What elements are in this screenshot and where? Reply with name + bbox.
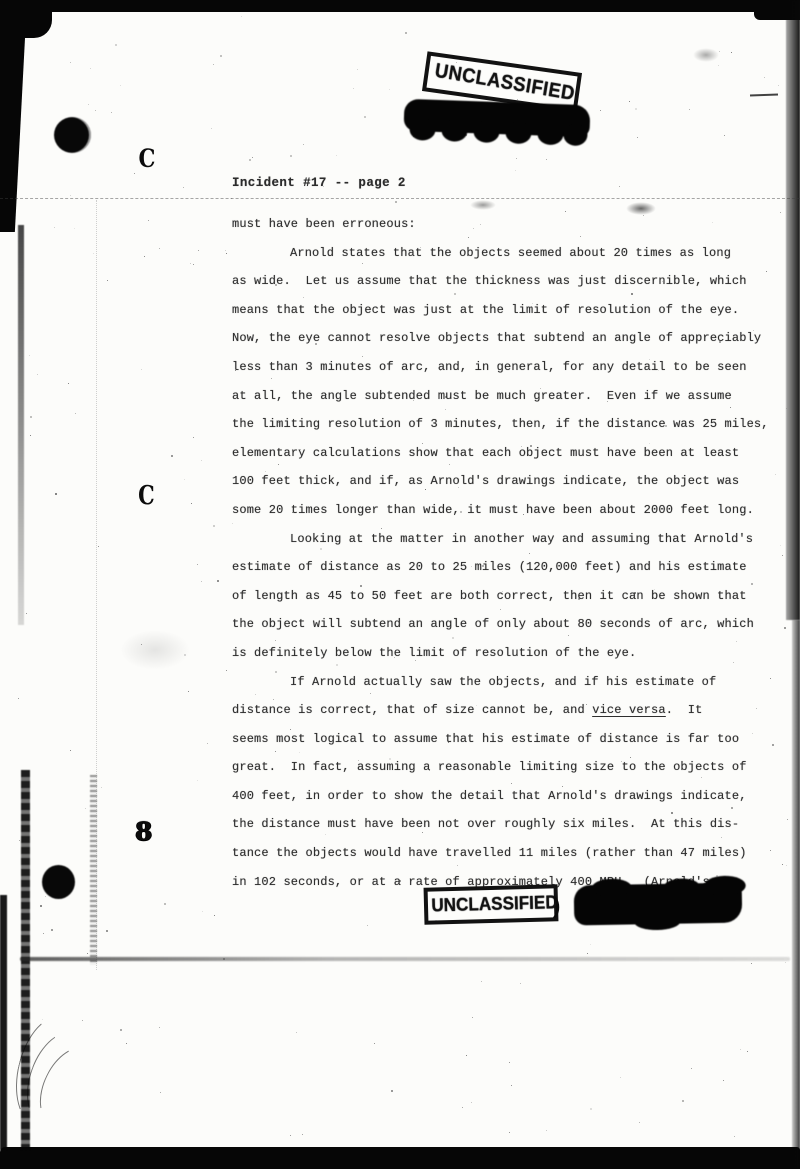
text-line: some 20 times longer than wide, it must … [232,503,777,532]
redaction-edge [441,119,468,142]
redaction-edge [563,123,588,146]
redaction-mark-top [403,99,590,137]
typed-text: must have been erroneous:Arnold states t… [232,217,777,903]
handwritten-c-mark-middle: C [138,481,155,511]
redaction-edge [634,914,680,931]
scan-streak-right-lower [792,620,800,1169]
text-line: must have been erroneous: [232,217,777,246]
hole-punch-bottom [42,865,75,899]
text-line: elementary calculations show that each o… [232,446,777,475]
stray-pen-dash [750,94,778,97]
text-line: as wide. Let us assume that the thicknes… [232,274,777,303]
faint-horizontal-rule [0,198,800,199]
text-line: Arnold states that the objects seemed ab… [232,246,777,275]
text-line: is definitely below the limit of resolut… [232,646,777,675]
paper-fold-line [96,200,97,970]
text-line: 400 feet, in order to show the detail th… [232,789,777,818]
text-line: If Arnold actually saw the objects, and … [232,675,777,704]
ink-smudge [470,200,496,210]
redaction-edge [409,118,436,141]
scan-edge-top [0,0,800,12]
ink-smudge [693,48,719,62]
text-line: of length as 45 to 50 feet are both corr… [232,589,777,618]
unclassified-stamp-bottom: UNCLASSIFIED [424,884,559,924]
text-line: the limiting resolution of 3 minutes, th… [232,417,777,446]
scan-streak-left-edge [0,895,7,1150]
ink-smudge [626,202,656,215]
text-line: 100 feet thick, and if, as Arnold's draw… [232,474,777,503]
redaction-edge [537,122,564,145]
scan-edge-bottom [0,1147,800,1169]
text-line: the distance must have been not over rou… [232,817,777,846]
redaction-edge [473,120,500,143]
text-line: seems most logical to assume that his es… [232,732,777,761]
scan-streak-right [786,0,800,620]
scan-streak-left [18,225,24,625]
ink-blob-mark: 8 [135,817,152,846]
paper-bottom-edge [20,957,790,961]
text-line: Looking at the matter in another way and… [232,532,777,561]
text-line: great. In fact, assuming a reasonable li… [232,760,777,789]
ink-smudge [120,630,190,670]
document-scan: C C 8 UNCLASSIFIED Incident #17 -- page … [0,0,800,1169]
page-heading: Incident #17 -- page 2 [232,176,406,190]
hole-punch-top [54,117,91,153]
text-line: the object will subtend an angle of only… [232,617,777,646]
text-line: estimate of distance as 20 to 25 miles (… [232,560,777,589]
redaction-edge [664,878,700,895]
text-line: distance is correct, that of size cannot… [232,703,777,732]
text-line: tance the objects would have travelled 1… [232,846,777,875]
stamp-paren-mark: ) [553,893,560,919]
unclassified-stamp-bottom-text: UNCLASSIFIED [431,888,558,920]
text-line: less than 3 minutes of arc, and, in gene… [232,360,777,389]
redaction-edge [505,121,532,144]
handwritten-c-mark-upper: C [138,144,155,173]
redaction-edge [704,875,746,896]
text-line: at all, the angle subtended must be much… [232,389,777,418]
redaction-mark-bottom [574,883,743,926]
text-line: Now, the eye cannot resolve objects that… [232,331,777,360]
text-line: means that the object was just at the li… [232,303,777,332]
redaction-edge [592,878,632,897]
